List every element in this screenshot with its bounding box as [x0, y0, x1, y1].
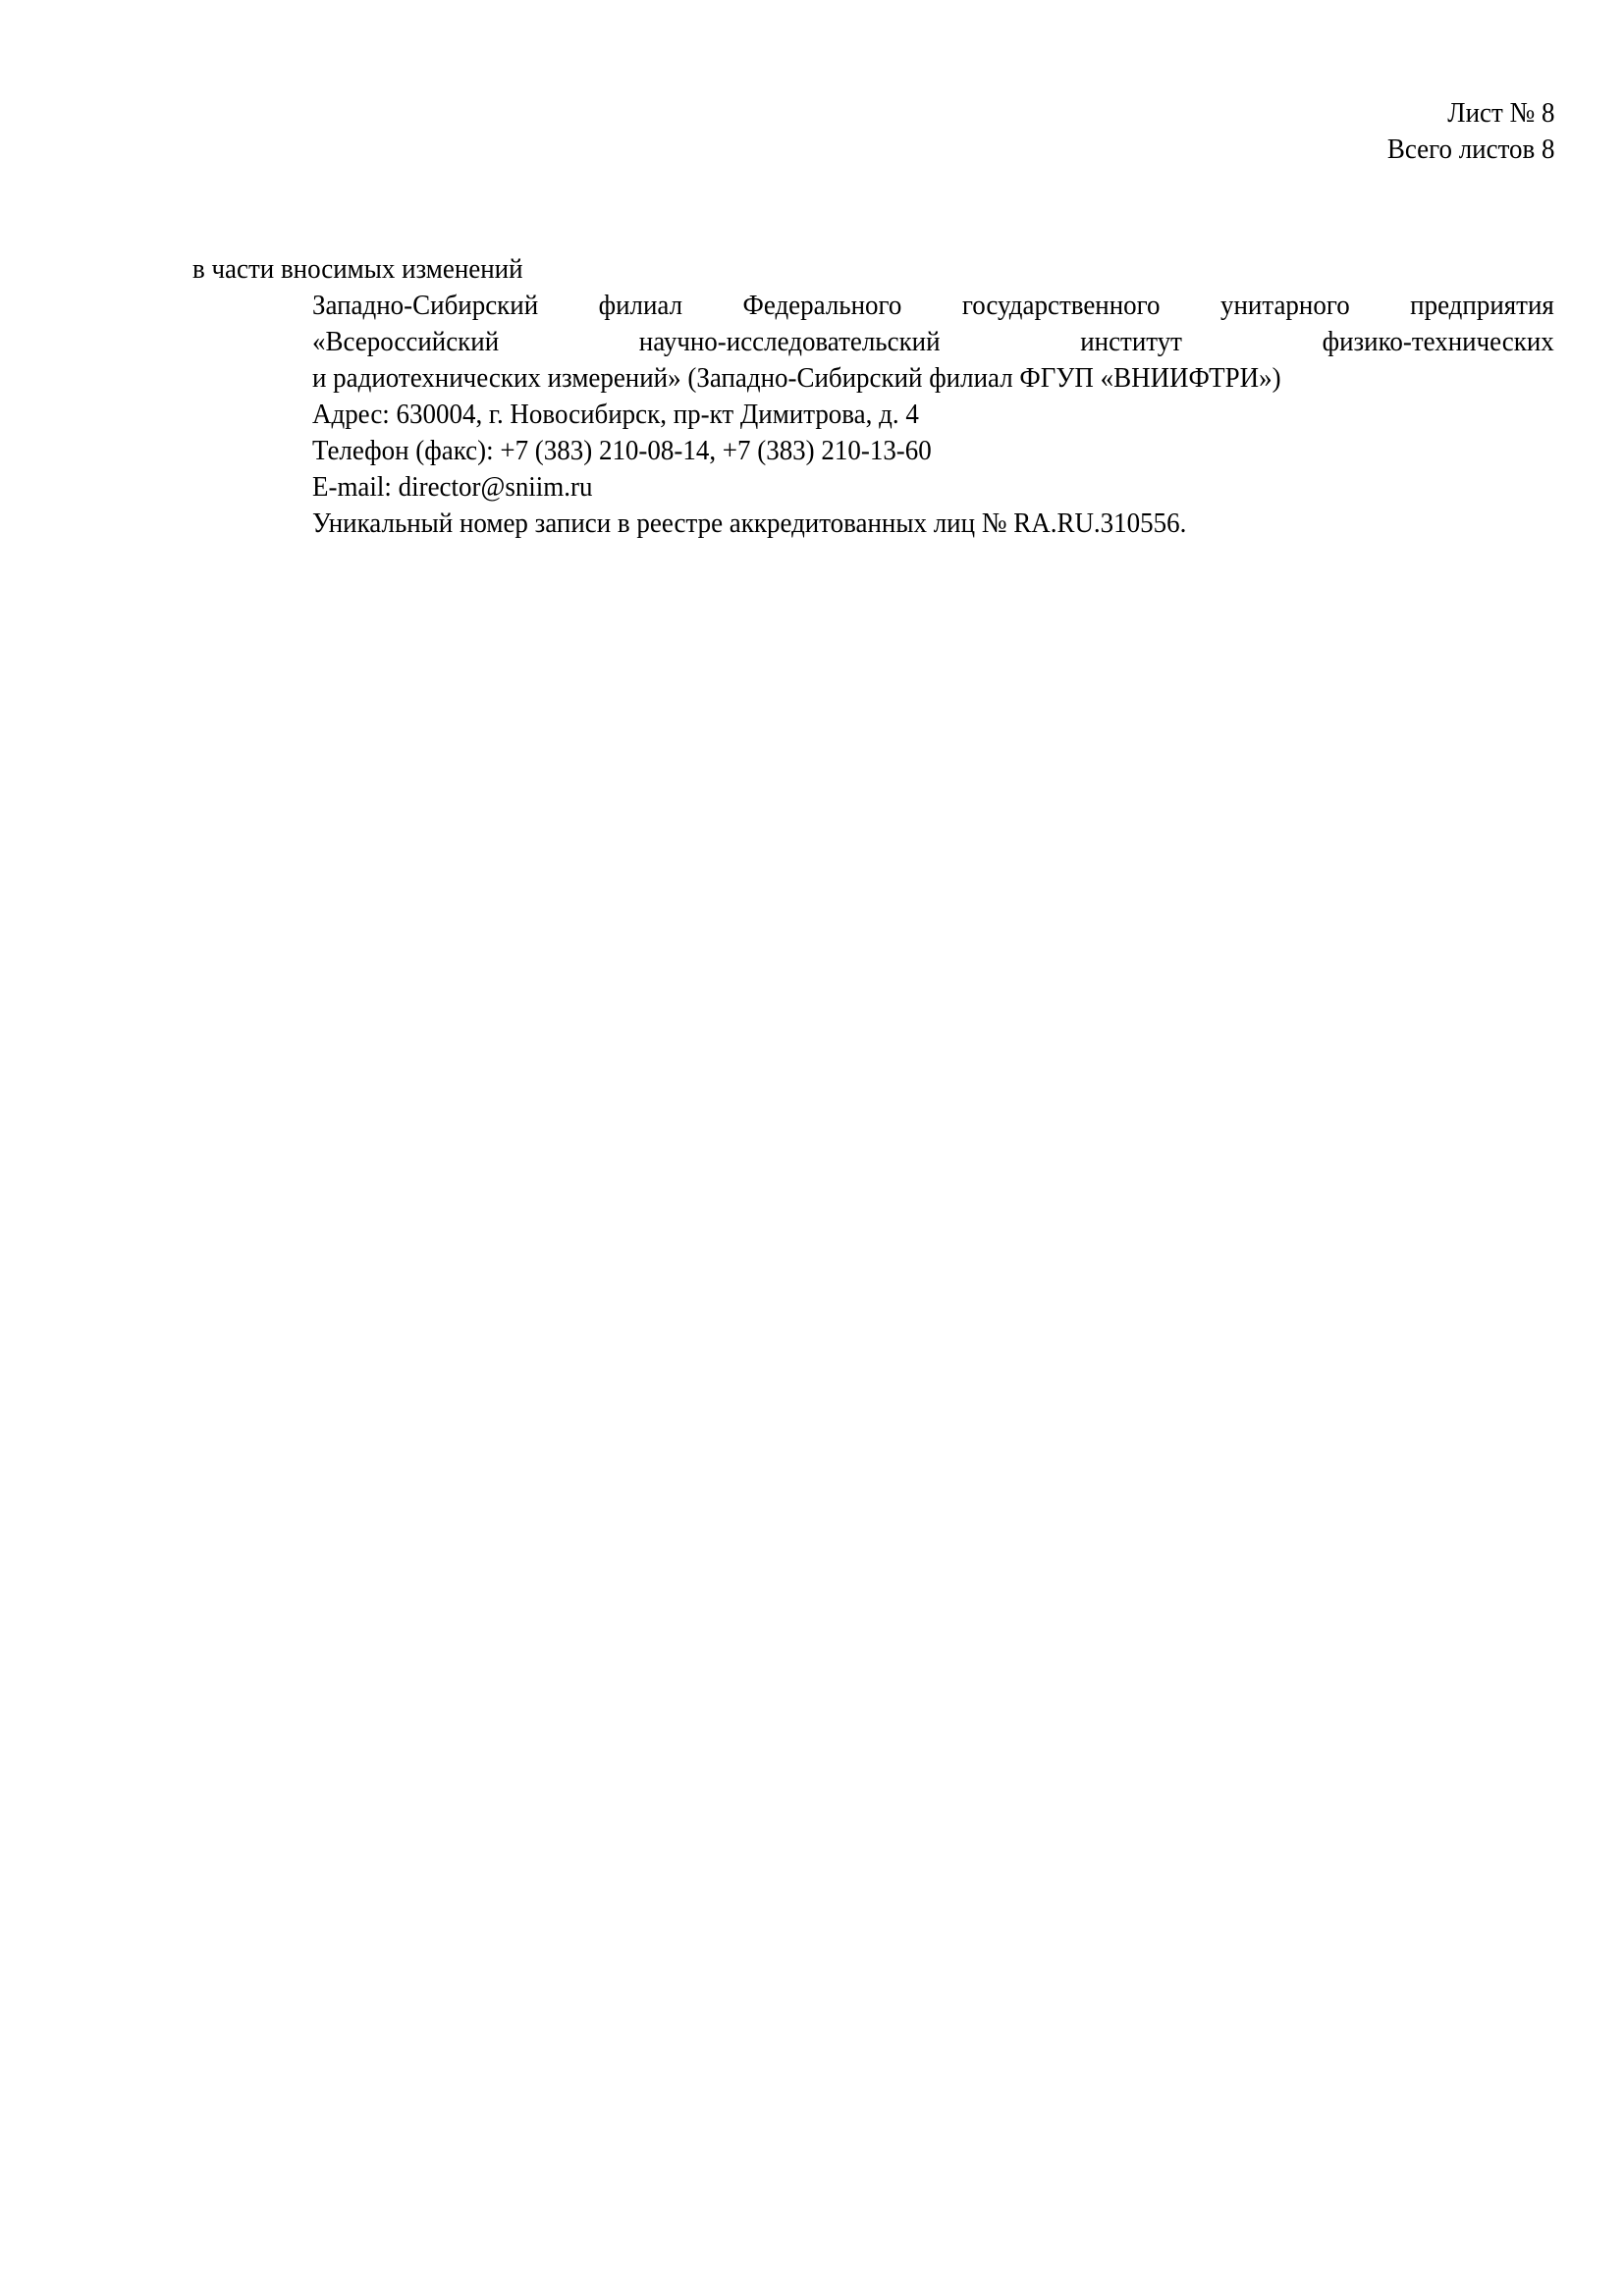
- page-header: Лист № 8 Всего листов 8: [1386, 95, 1554, 168]
- org-registry-number: Уникальный номер записи в реестре аккред…: [312, 506, 1467, 542]
- org-word: научно-исследовательский: [639, 324, 941, 360]
- lead-text: в части вносимых изменений: [192, 251, 523, 288]
- org-word: «Всероссийский: [312, 324, 499, 360]
- org-word: предприятия: [1410, 288, 1554, 324]
- org-word: Западно-Сибирский: [312, 288, 538, 324]
- org-word: физико-технических: [1323, 324, 1554, 360]
- org-word: государственного: [962, 288, 1161, 324]
- org-word: институт: [1080, 324, 1182, 360]
- sheet-number: Лист № 8: [1386, 95, 1554, 132]
- org-name-line-1: Западно-Сибирский филиал Федерального го…: [312, 288, 1554, 324]
- org-word: филиал: [599, 288, 682, 324]
- org-name-line-2: «Всероссийский научно-исследовательский …: [312, 324, 1554, 360]
- org-name-line-3: и радиотехнических измерений» (Западно-С…: [312, 360, 1467, 397]
- organization-block: Западно-Сибирский филиал Федерального го…: [312, 288, 1554, 542]
- org-phone: Телефон (факс): +7 (383) 210-08-14, +7 (…: [312, 433, 1467, 469]
- org-word: Федерального: [743, 288, 902, 324]
- org-email: E-mail: director@sniim.ru: [312, 469, 1467, 506]
- org-word: унитарного: [1220, 288, 1350, 324]
- org-address: Адрес: 630004, г. Новосибирск, пр-кт Дим…: [312, 397, 1467, 433]
- total-sheets: Всего листов 8: [1386, 132, 1554, 168]
